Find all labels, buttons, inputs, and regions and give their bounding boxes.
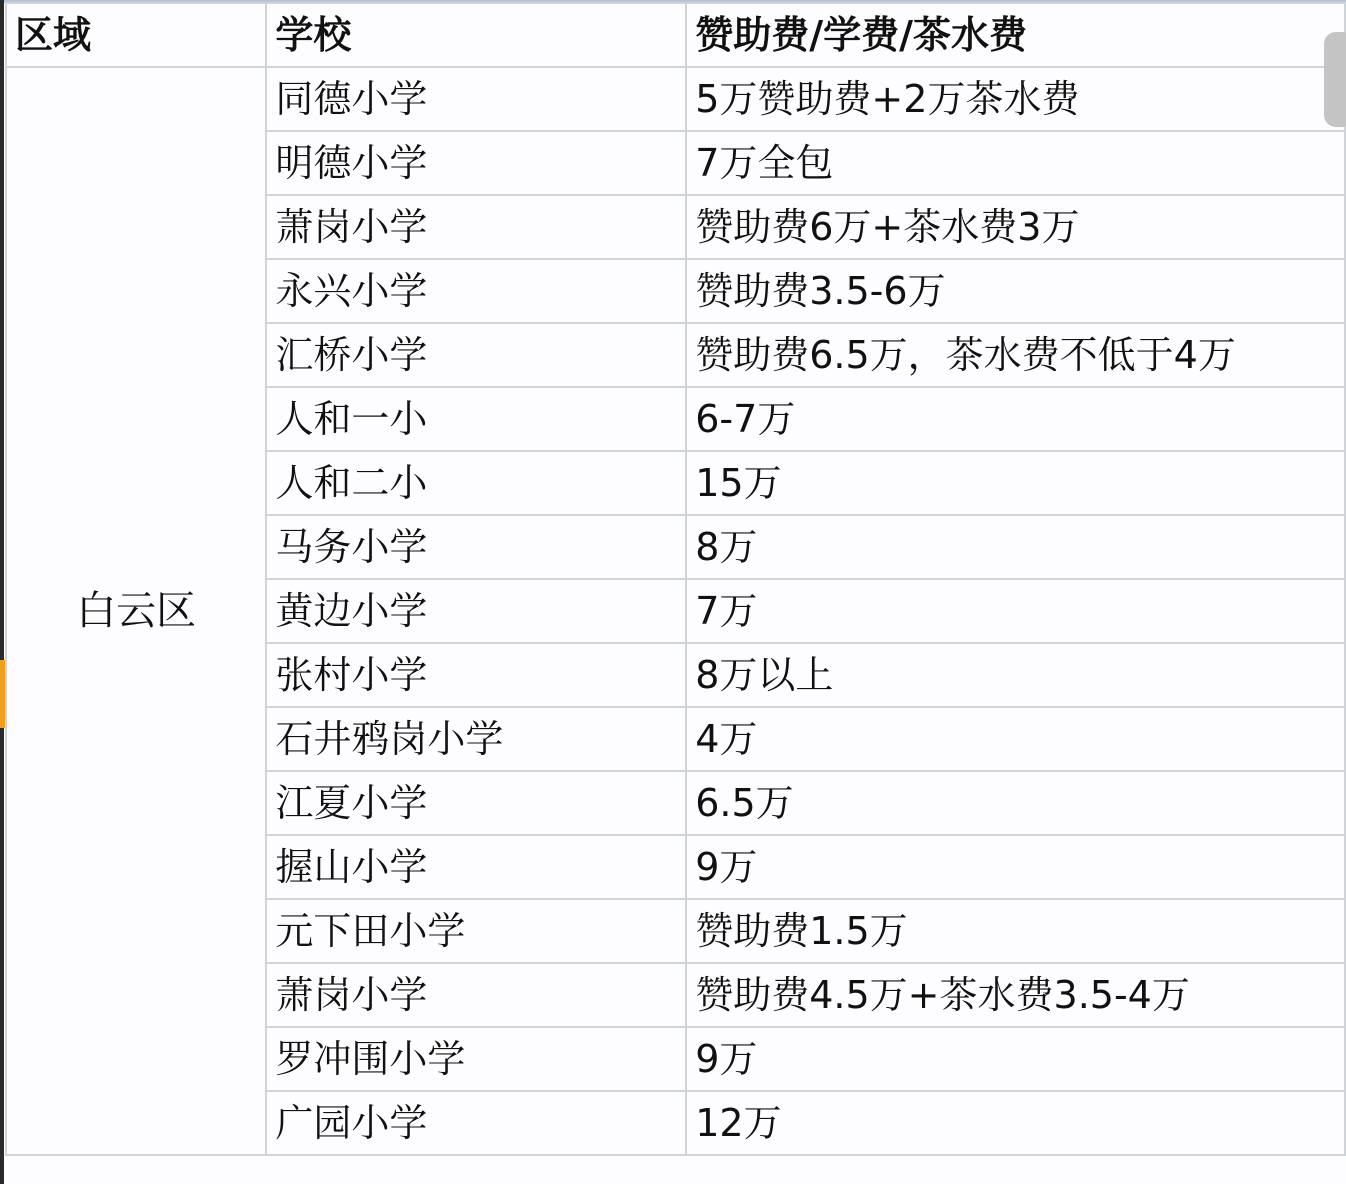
- scrollbar-thumb[interactable]: [1324, 32, 1346, 127]
- school-cell[interactable]: 永兴小学: [266, 259, 686, 323]
- region-cell[interactable]: 白云区: [6, 67, 266, 1155]
- fee-cell[interactable]: 6-7万: [686, 387, 1345, 451]
- school-cell[interactable]: 萧岗小学: [266, 963, 686, 1027]
- fee-cell[interactable]: 9万: [686, 835, 1345, 899]
- school-cell[interactable]: 同德小学: [266, 67, 686, 131]
- fee-table: 区域 学校 赞助费/学费/茶水费 白云区同德小学5万赞助费+2万茶水费明德小学7…: [5, 2, 1346, 1156]
- header-region[interactable]: 区域: [6, 3, 266, 67]
- fee-cell[interactable]: 9万: [686, 1027, 1345, 1091]
- header-school[interactable]: 学校: [266, 3, 686, 67]
- header-row: 区域 学校 赞助费/学费/茶水费: [6, 3, 1345, 67]
- fee-cell[interactable]: 赞助费6.5万，茶水费不低于4万: [686, 323, 1345, 387]
- fee-cell[interactable]: 赞助费1.5万: [686, 899, 1345, 963]
- school-cell[interactable]: 江夏小学: [266, 771, 686, 835]
- fee-cell[interactable]: 15万: [686, 451, 1345, 515]
- school-cell[interactable]: 人和一小: [266, 387, 686, 451]
- table-row: 白云区同德小学5万赞助费+2万茶水费: [6, 67, 1345, 131]
- school-cell[interactable]: 握山小学: [266, 835, 686, 899]
- school-cell[interactable]: 广园小学: [266, 1091, 686, 1155]
- school-cell[interactable]: 罗冲围小学: [266, 1027, 686, 1091]
- fee-cell[interactable]: 赞助费4.5万+茶水费3.5-4万: [686, 963, 1345, 1027]
- fee-cell[interactable]: 7万全包: [686, 131, 1345, 195]
- school-cell[interactable]: 元下田小学: [266, 899, 686, 963]
- school-cell[interactable]: 人和二小: [266, 451, 686, 515]
- fee-cell[interactable]: 7万: [686, 579, 1345, 643]
- school-cell[interactable]: 张村小学: [266, 643, 686, 707]
- fee-cell[interactable]: 5万赞助费+2万茶水费: [686, 67, 1345, 131]
- header-fee[interactable]: 赞助费/学费/茶水费: [686, 3, 1345, 67]
- school-cell[interactable]: 汇桥小学: [266, 323, 686, 387]
- school-cell[interactable]: 萧岗小学: [266, 195, 686, 259]
- school-cell[interactable]: 马务小学: [266, 515, 686, 579]
- fee-cell[interactable]: 赞助费6万+茶水费3万: [686, 195, 1345, 259]
- left-edge-border: [0, 0, 4, 1184]
- fee-cell[interactable]: 8万以上: [686, 643, 1345, 707]
- school-cell[interactable]: 黄边小学: [266, 579, 686, 643]
- fee-cell[interactable]: 8万: [686, 515, 1345, 579]
- fee-cell[interactable]: 4万: [686, 707, 1345, 771]
- fee-cell[interactable]: 12万: [686, 1091, 1345, 1155]
- fee-cell[interactable]: 6.5万: [686, 771, 1345, 835]
- school-cell[interactable]: 明德小学: [266, 131, 686, 195]
- fee-cell[interactable]: 赞助费3.5-6万: [686, 259, 1345, 323]
- school-cell[interactable]: 石井鸦岗小学: [266, 707, 686, 771]
